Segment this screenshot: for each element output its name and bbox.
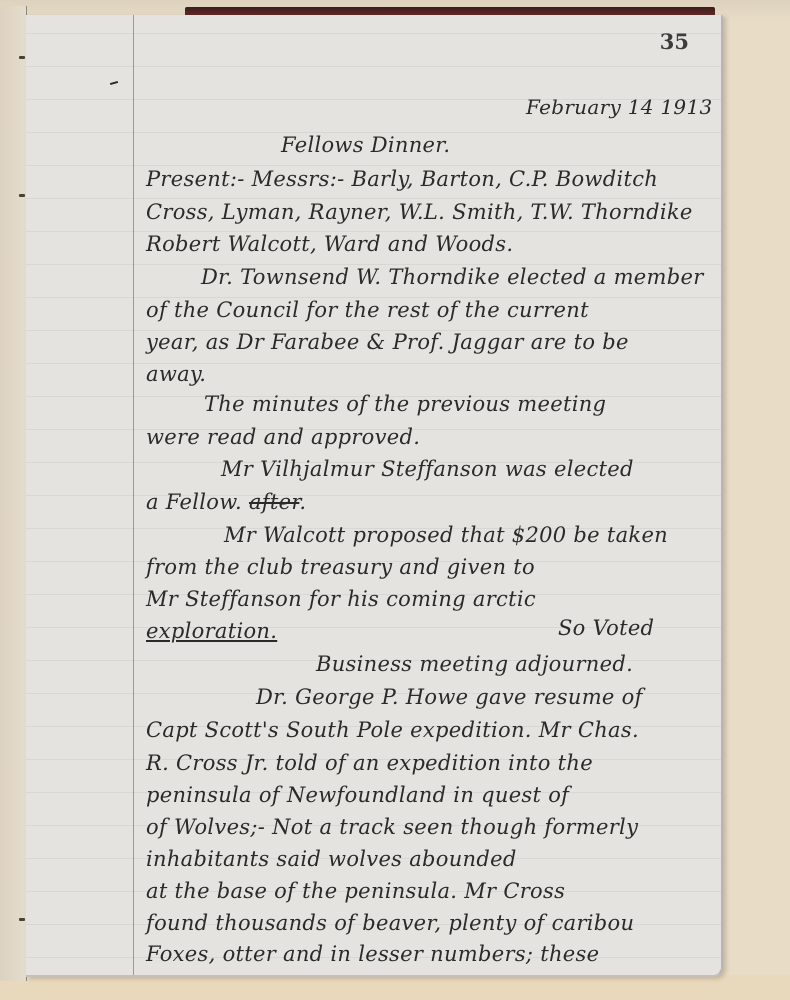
minutes-line: Foxes, otter and in lesser numbers; thes… — [146, 942, 599, 966]
adjournment-line: Business meeting adjourned. — [316, 652, 633, 676]
minutes-line: were read and approved. — [146, 425, 420, 449]
minutes-line: Dr. Townsend W. Thorndike elected a memb… — [201, 265, 704, 289]
minutes-line: Capt Scott's South Pole expedition. Mr C… — [146, 718, 639, 742]
previous-page-edge — [0, 6, 27, 981]
minutes-line: at the base of the peninsula. Mr Cross — [146, 879, 565, 903]
margin-rule — [133, 15, 134, 975]
minutes-line: inhabitants said wolves abounded — [146, 847, 517, 871]
entry-date: February 14 1913 — [526, 95, 713, 119]
attendance-line: Present:- Messrs:- Barly, Barton, C.P. B… — [146, 167, 658, 191]
minutes-line: away. — [146, 362, 206, 386]
page-number: 35 — [660, 29, 689, 54]
minutes-line: of the Council for the rest of the curre… — [146, 298, 589, 322]
background-surface-bottom — [0, 975, 790, 1000]
minutes-line: Mr Steffanson for his coming arctic — [146, 587, 536, 611]
minutes-line: peninsula of Newfoundland in quest of — [146, 783, 569, 807]
minutes-line: R. Cross Jr. told of an expedition into … — [146, 751, 593, 775]
minutes-line: of Wolves;- Not a track seen though form… — [146, 815, 638, 839]
minutes-line: year, as Dr Farabee & Prof. Jaggar are t… — [146, 330, 629, 354]
minutes-line: found thousands of beaver, plenty of car… — [146, 911, 634, 935]
minutes-line: The minutes of the previous meeting — [204, 392, 606, 416]
minutes-line: exploration. — [146, 619, 277, 643]
period: . — [299, 490, 306, 514]
binding-stitch-icon — [19, 194, 25, 197]
vote-result: So Voted — [558, 616, 654, 640]
attendance-line: Cross, Lyman, Rayner, W.L. Smith, T.W. T… — [146, 200, 693, 224]
struck-word: after — [249, 490, 299, 514]
minutes-line: Dr. George P. Howe gave resume of — [256, 685, 643, 709]
binding-stitch-icon — [19, 56, 25, 59]
fellow-text: a Fellow. — [146, 490, 242, 514]
ledger-page: 35 February 14 1913 Fellows Dinner. Pres… — [26, 15, 723, 977]
binding-stitch-icon — [19, 918, 25, 921]
minutes-line: from the club treasury and given to — [146, 555, 535, 579]
entry-title: Fellows Dinner. — [281, 133, 450, 157]
minutes-line: Mr Walcott proposed that $200 be taken — [224, 523, 668, 547]
attendance-line: Robert Walcott, Ward and Woods. — [146, 232, 513, 256]
minutes-line: a Fellow. after. — [146, 490, 306, 514]
stray-ink-mark — [110, 81, 118, 85]
minutes-line: Mr Vilhjalmur Steffanson was elected — [221, 457, 634, 481]
